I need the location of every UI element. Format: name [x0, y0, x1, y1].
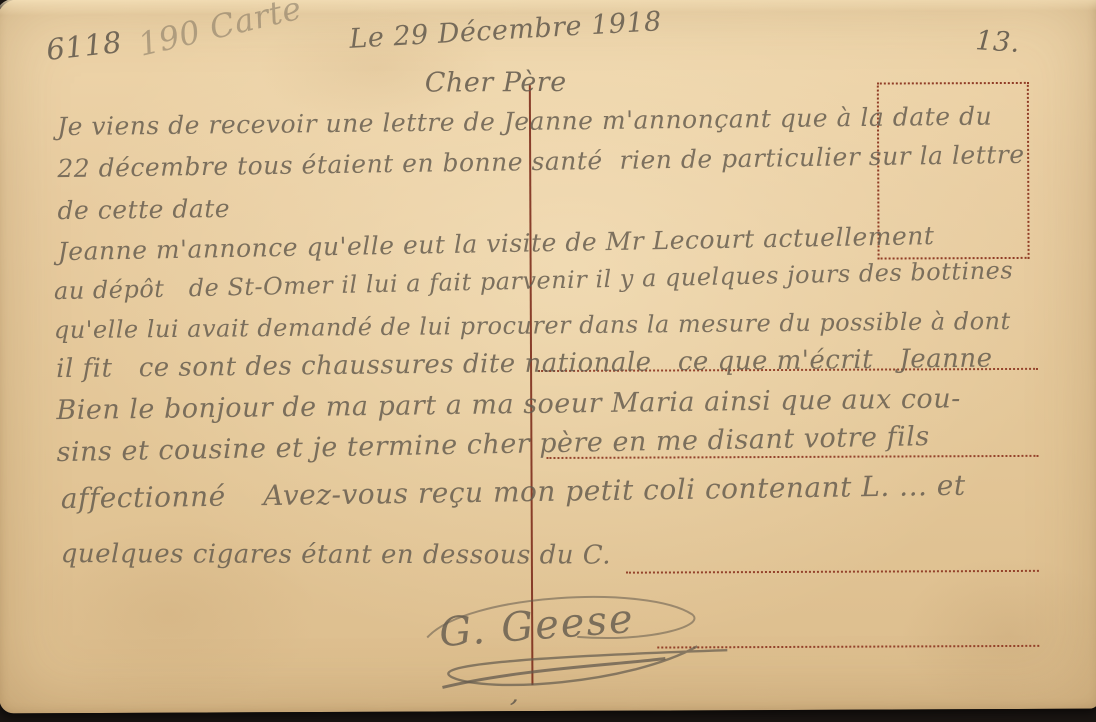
page-number: 13.: [975, 25, 1021, 59]
message-line: Jeanne m'annonce qu'elle eut la visite d…: [57, 221, 934, 266]
signature-block: G. Geese: [397, 584, 738, 705]
scanned-postcard-back: 6118 190 Carte Le 29 Décembre 1918 13. C…: [0, 0, 1096, 722]
message-line: quelques cigares étant en dessous du C.: [61, 539, 611, 570]
postcard-paper: 6118 190 Carte Le 29 Décembre 1918 13. C…: [0, 0, 1096, 713]
message-line: il fit ce sont des chaussures dite natio…: [56, 344, 993, 385]
salutation: Cher Père: [425, 67, 567, 99]
message-line: Bien le bonjour de ma part a ma soeur Ma…: [56, 383, 961, 426]
message-line: sins et cousine et je termine cher père …: [56, 421, 930, 468]
message-line: Je viens de recevoir une lettre de Jeann…: [57, 102, 992, 142]
inventory-number: 6118: [45, 25, 124, 67]
message-line: affectionné Avez-vous reçu mon petit col…: [61, 469, 966, 515]
address-dotted-line: [626, 570, 1039, 574]
message-line: de cette date: [57, 194, 230, 225]
paper-stain: [899, 555, 1096, 716]
message-line: qu'elle lui avait demandé de lui procure…: [54, 307, 1011, 344]
